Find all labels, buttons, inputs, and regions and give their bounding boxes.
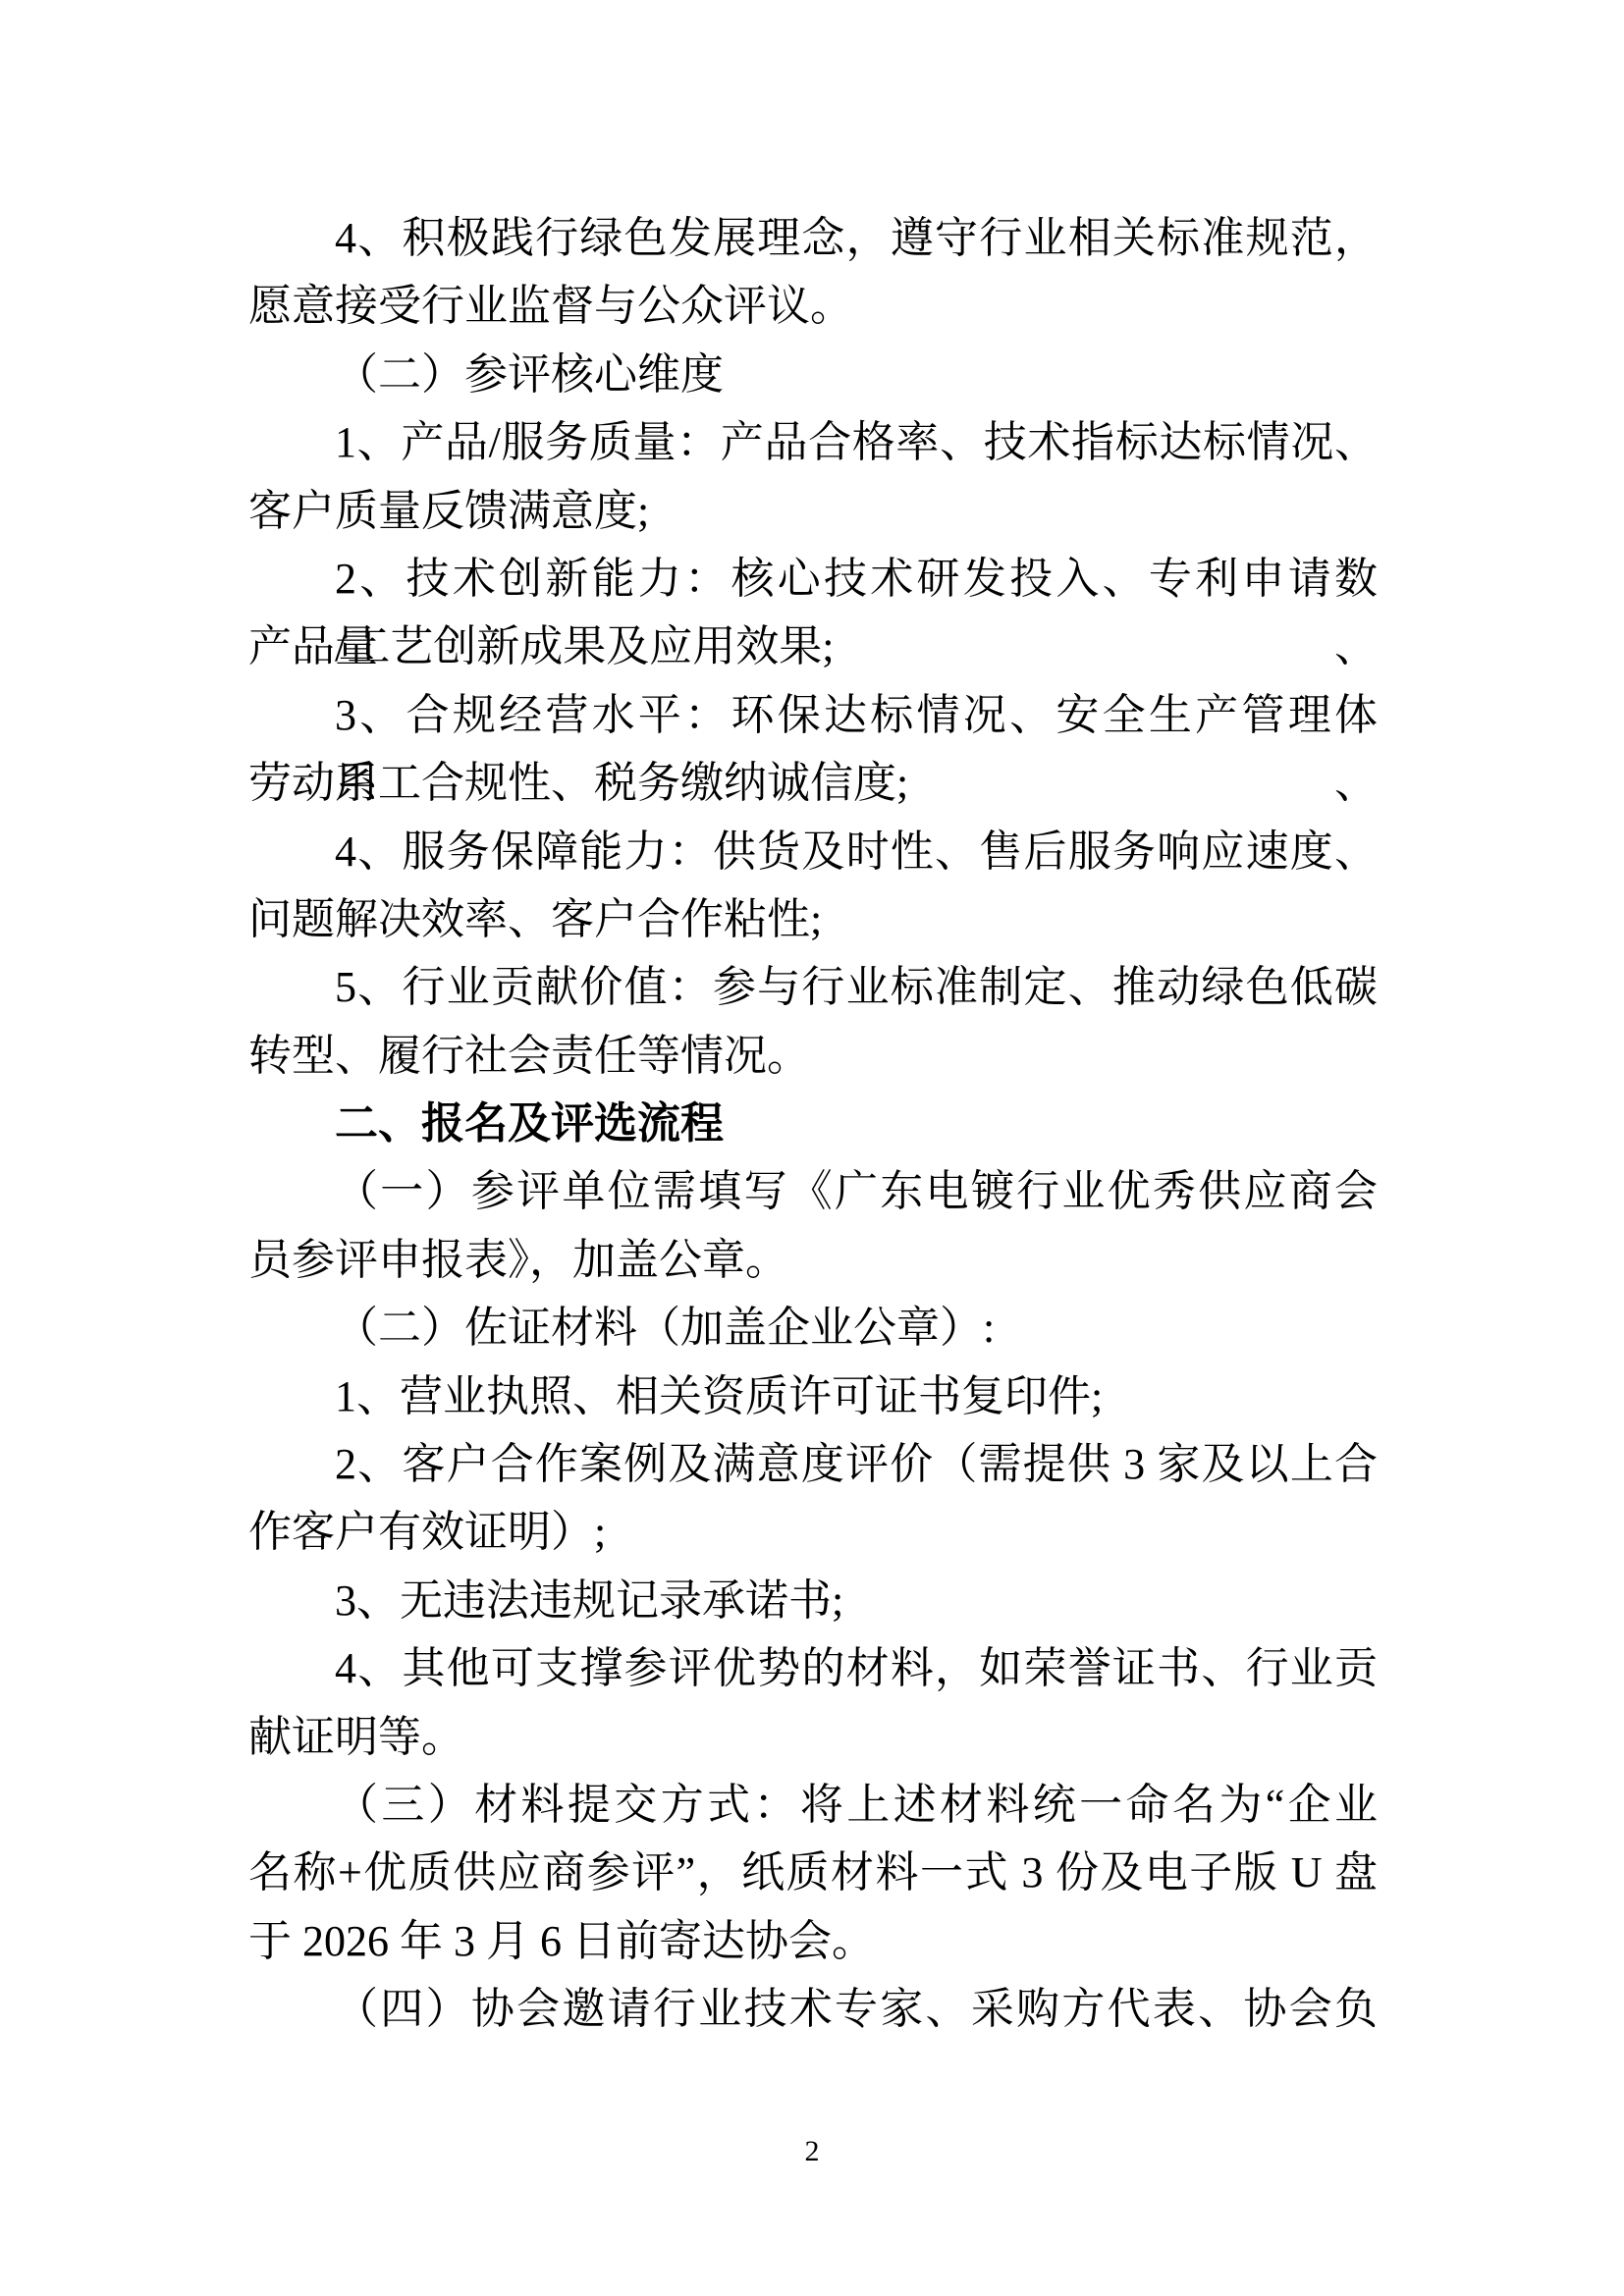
- text-block: 4、积极践行绿色发展理念，遵守行业相关标准规范，愿意接受行业监督与公众评议。（二…: [248, 204, 1378, 2044]
- paragraph-line: 1、营业执照、相关资质许可证书复印件;: [248, 1362, 1378, 1430]
- paragraph-line: 客户质量反馈满意度;: [248, 477, 1378, 545]
- paragraph-line: 3、合规经营水平：环保达标情况、安全生产管理体系、: [248, 681, 1378, 749]
- subsection-heading: （二）参评核心维度: [248, 341, 1378, 408]
- paragraph-line: （三）材料提交方式：将上述材料统一命名为“企业: [248, 1771, 1378, 1839]
- page-footer: 2: [0, 2132, 1624, 2171]
- paragraph-line: 5、行业贡献价值：参与行业标准制定、推动绿色低碳: [248, 953, 1378, 1021]
- page-number: 2: [805, 2135, 820, 2167]
- paragraph-line: 转型、履行社会责任等情况。: [248, 1022, 1378, 1090]
- paragraph-line: 问题解决效率、客户合作粘性;: [248, 885, 1378, 953]
- section-heading: 二、报名及评选流程: [248, 1090, 1378, 1157]
- paragraph-line: 4、其他可支撑参评优势的材料，如荣誉证书、行业贡: [248, 1634, 1378, 1702]
- paragraph-line: （一）参评单位需填写《广东电镀行业优秀供应商会: [248, 1157, 1378, 1225]
- subsection-heading: （二）佐证材料（加盖企业公章）:: [248, 1294, 1378, 1362]
- paragraph-line: 员参评申报表》，加盖公章。: [248, 1226, 1378, 1294]
- paragraph-line: 2、客户合作案例及满意度评价（需提供 3 家及以上合: [248, 1430, 1378, 1498]
- document-page: 4、积极践行绿色发展理念，遵守行业相关标准规范，愿意接受行业监督与公众评议。（二…: [0, 0, 1624, 2296]
- paragraph-line: 2、技术创新能力：核心技术研发投入、专利申请数量、: [248, 545, 1378, 613]
- paragraph-line: 3、无违法违规记录承诺书;: [248, 1567, 1378, 1634]
- paragraph-line: （四）协会邀请行业技术专家、采购方代表、协会负: [248, 1975, 1378, 2043]
- paragraph-line: 名称+优质供应商参评”，纸质材料一式 3 份及电子版 U 盘: [248, 1839, 1378, 1906]
- paragraph-line: 1、产品/服务质量：产品合格率、技术指标达标情况、: [248, 408, 1378, 476]
- paragraph-line: 献证明等。: [248, 1703, 1378, 1771]
- paragraph-line: 作客户有效证明）;: [248, 1498, 1378, 1566]
- paragraph-line: 4、积极践行绿色发展理念，遵守行业相关标准规范，: [248, 204, 1378, 272]
- paragraph-line: 4、服务保障能力：供货及时性、售后服务响应速度、: [248, 818, 1378, 885]
- paragraph-line: 愿意接受行业监督与公众评议。: [248, 272, 1378, 340]
- paragraph-line: 于 2026 年 3 月 6 日前寄达协会。: [248, 1907, 1378, 1975]
